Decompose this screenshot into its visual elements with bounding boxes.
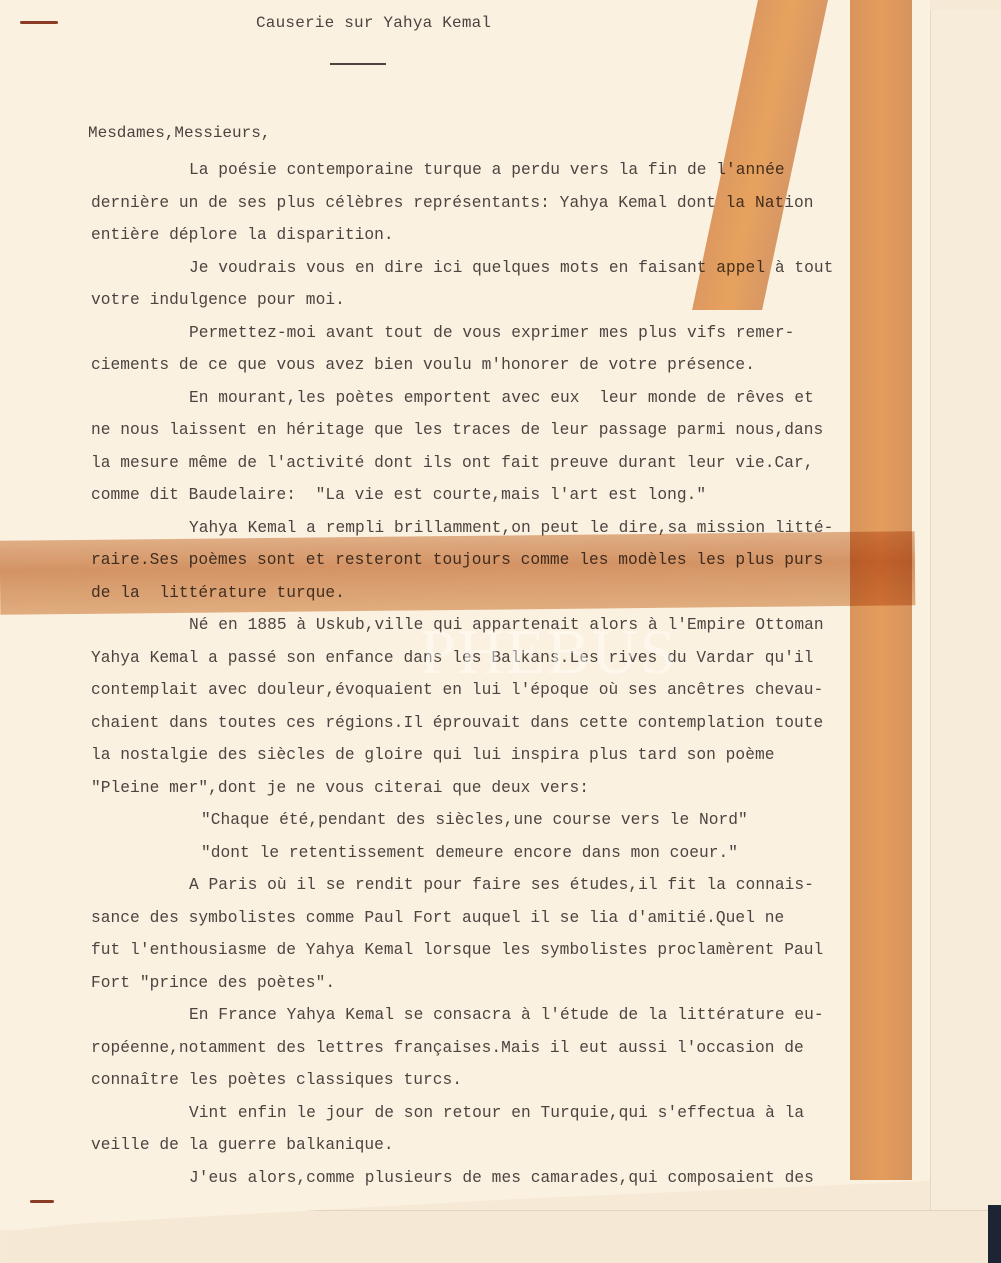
text-line: chaient dans toutes ces régions.Il éprou… (91, 707, 931, 740)
text-line: votre indulgence pour moi. (91, 284, 931, 317)
typewritten-page: Causerie sur Yahya Kemal Mesdames,Messie… (0, 0, 930, 1230)
text-line: Vint enfin le jour de son retour en Turq… (91, 1097, 931, 1130)
text-line: comme dit Baudelaire: "La vie est courte… (91, 479, 931, 512)
text-line: entière déplore la disparition. (91, 219, 931, 252)
text-line: ne nous laissent en héritage que les tra… (91, 414, 931, 447)
text-line: "Pleine mer",dont je ne vous citerai que… (91, 772, 931, 805)
text-line: Permettez-moi avant tout de vous exprime… (91, 317, 931, 350)
text-line: la mesure même de l'activité dont ils on… (91, 447, 931, 480)
text-line: En France Yahya Kemal se consacra à l'ét… (91, 999, 931, 1032)
text-line: La poésie contemporaine turque a perdu v… (91, 154, 931, 187)
text-line: ciements de ce que vous avez bien voulu … (91, 349, 931, 382)
underlying-page-edge (930, 10, 1001, 1263)
scan-background-corner (988, 1205, 1001, 1263)
text-line: Fort "prince des poètes". (91, 967, 931, 1000)
text-line: A Paris où il se rendit pour faire ses é… (91, 869, 931, 902)
text-line: "Chaque été,pendant des siècles,une cour… (91, 804, 931, 837)
text-line: dernière un de ses plus célèbres représe… (91, 187, 931, 220)
text-line: fut l'enthousiasme de Yahya Kemal lorsqu… (91, 934, 931, 967)
text-line: sance des symbolistes comme Paul Fort au… (91, 902, 931, 935)
text-line: de la littérature turque. (91, 577, 931, 610)
text-line: Je voudrais vous en dire ici quelques mo… (91, 252, 931, 285)
text-line: Yahya Kemal a rempli brillamment,on peut… (91, 512, 931, 545)
text-line: raire.Ses poèmes sont et resteront toujo… (91, 544, 931, 577)
page-title: Causerie sur Yahya Kemal (256, 14, 491, 32)
salutation: Mesdames,Messieurs, (88, 124, 270, 142)
text-line: ropéenne,notamment des lettres française… (91, 1032, 931, 1065)
text-line: "dont le retentissement demeure encore d… (91, 837, 931, 870)
text-line: veille de la guerre balkanique. (91, 1129, 931, 1162)
text-line: En mourant,les poètes emportent avec eux… (91, 382, 931, 415)
text-line: la nostalgie des siècles de gloire qui l… (91, 739, 931, 772)
watermark: PHEBUS (420, 615, 677, 689)
margin-mark-bottom (30, 1200, 54, 1203)
text-line: connaître les poètes classiques turcs. (91, 1064, 931, 1097)
margin-mark-top (20, 21, 58, 24)
title-underline (330, 63, 386, 65)
